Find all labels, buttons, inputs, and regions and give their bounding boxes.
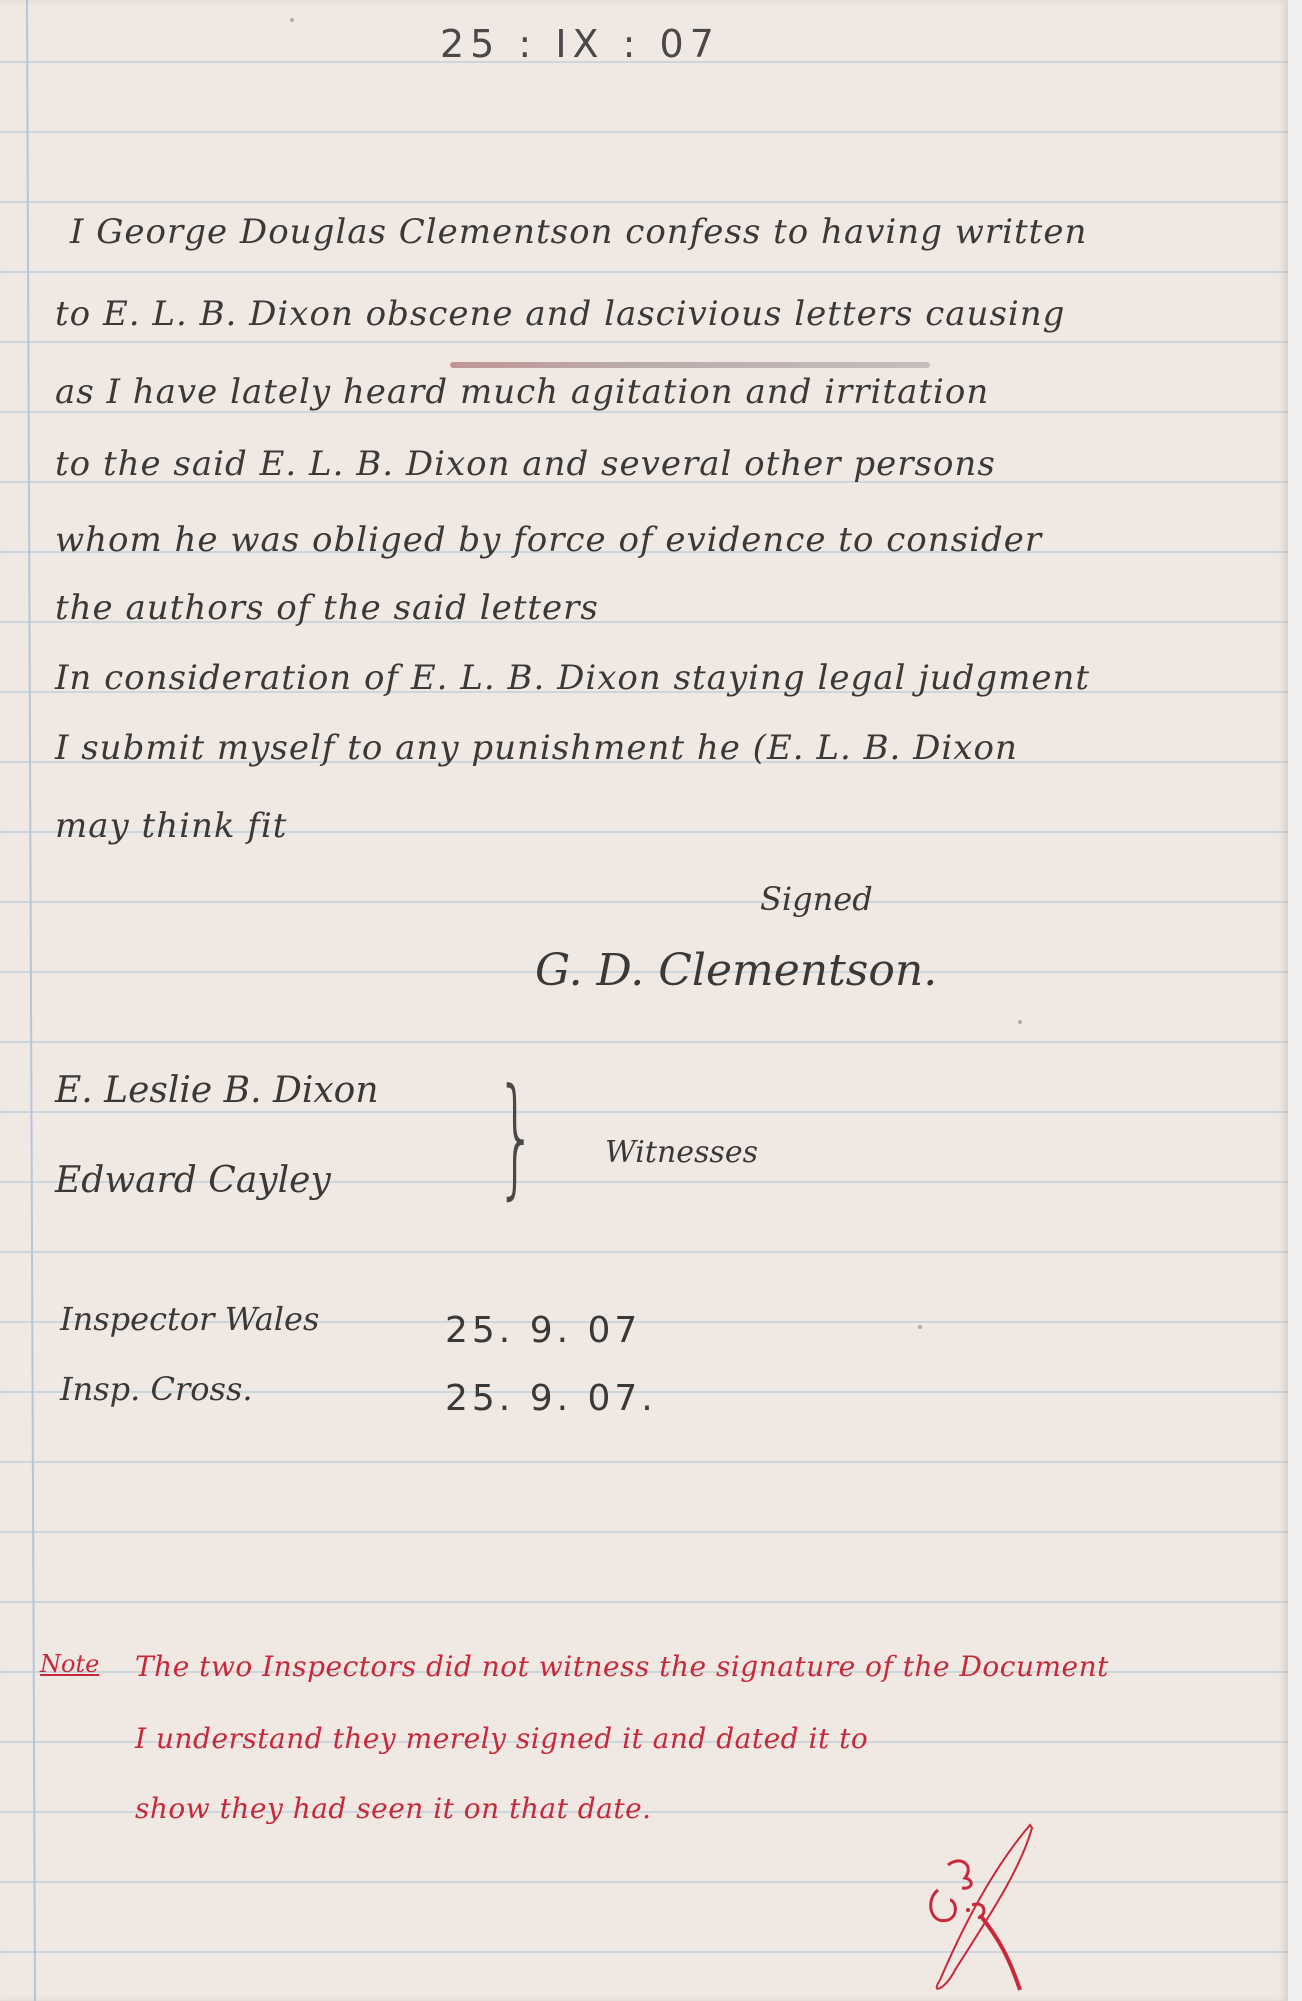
note-line-3: show they had seen it on that date. — [135, 1792, 652, 1825]
confession-line-8: I submit myself to any punishment he (E.… — [55, 728, 1018, 768]
witness-name-1: E. Leslie B. Dixon — [55, 1070, 379, 1111]
confession-line-5: whom he was obliged by force of evidence… — [55, 520, 1042, 560]
confession-line-4: to the said E. L. B. Dixon and several o… — [55, 444, 996, 484]
confession-line-1: I George Douglas Clementson confess to h… — [70, 212, 1087, 252]
paper-speck — [290, 18, 294, 22]
inspector-2-date: 25. 9. 07. — [445, 1378, 657, 1419]
signature-name: G. D. Clementson. — [535, 945, 937, 996]
underline-mark — [450, 362, 930, 368]
inspector-1-date: 25. 9. 07 — [445, 1310, 641, 1351]
paper-speck — [918, 1325, 922, 1329]
brace-icon: } — [496, 1060, 537, 1212]
note-line-1: The two Inspectors did not witness the s… — [135, 1650, 1109, 1683]
initials-mark-icon — [910, 1820, 1110, 2000]
signed-label: Signed — [760, 880, 873, 918]
document-page: 25 : IX : 07 I George Douglas Clementson… — [0, 0, 1288, 2001]
confession-line-7: In consideration of E. L. B. Dixon stayi… — [55, 658, 1090, 698]
date-header: 25 : IX : 07 — [440, 22, 720, 66]
witness-name-2: Edward Cayley — [55, 1160, 331, 1201]
paper-speck — [1018, 1020, 1022, 1024]
confession-line-6: the authors of the said letters — [55, 588, 599, 628]
confession-line-9: may think fit — [55, 806, 287, 846]
confession-line-3: as I have lately heard much agitation an… — [55, 372, 989, 412]
confession-line-2: to E. L. B. Dixon obscene and lascivious… — [55, 294, 1065, 334]
inspector-2-name: Insp. Cross. — [60, 1370, 253, 1408]
inspector-1-name: Inspector Wales — [60, 1300, 319, 1338]
margin-line — [26, 0, 36, 2001]
note-line-2: I understand they merely signed it and d… — [135, 1722, 868, 1755]
witnesses-label: Witnesses — [605, 1135, 758, 1170]
note-label: Note — [40, 1650, 99, 1678]
